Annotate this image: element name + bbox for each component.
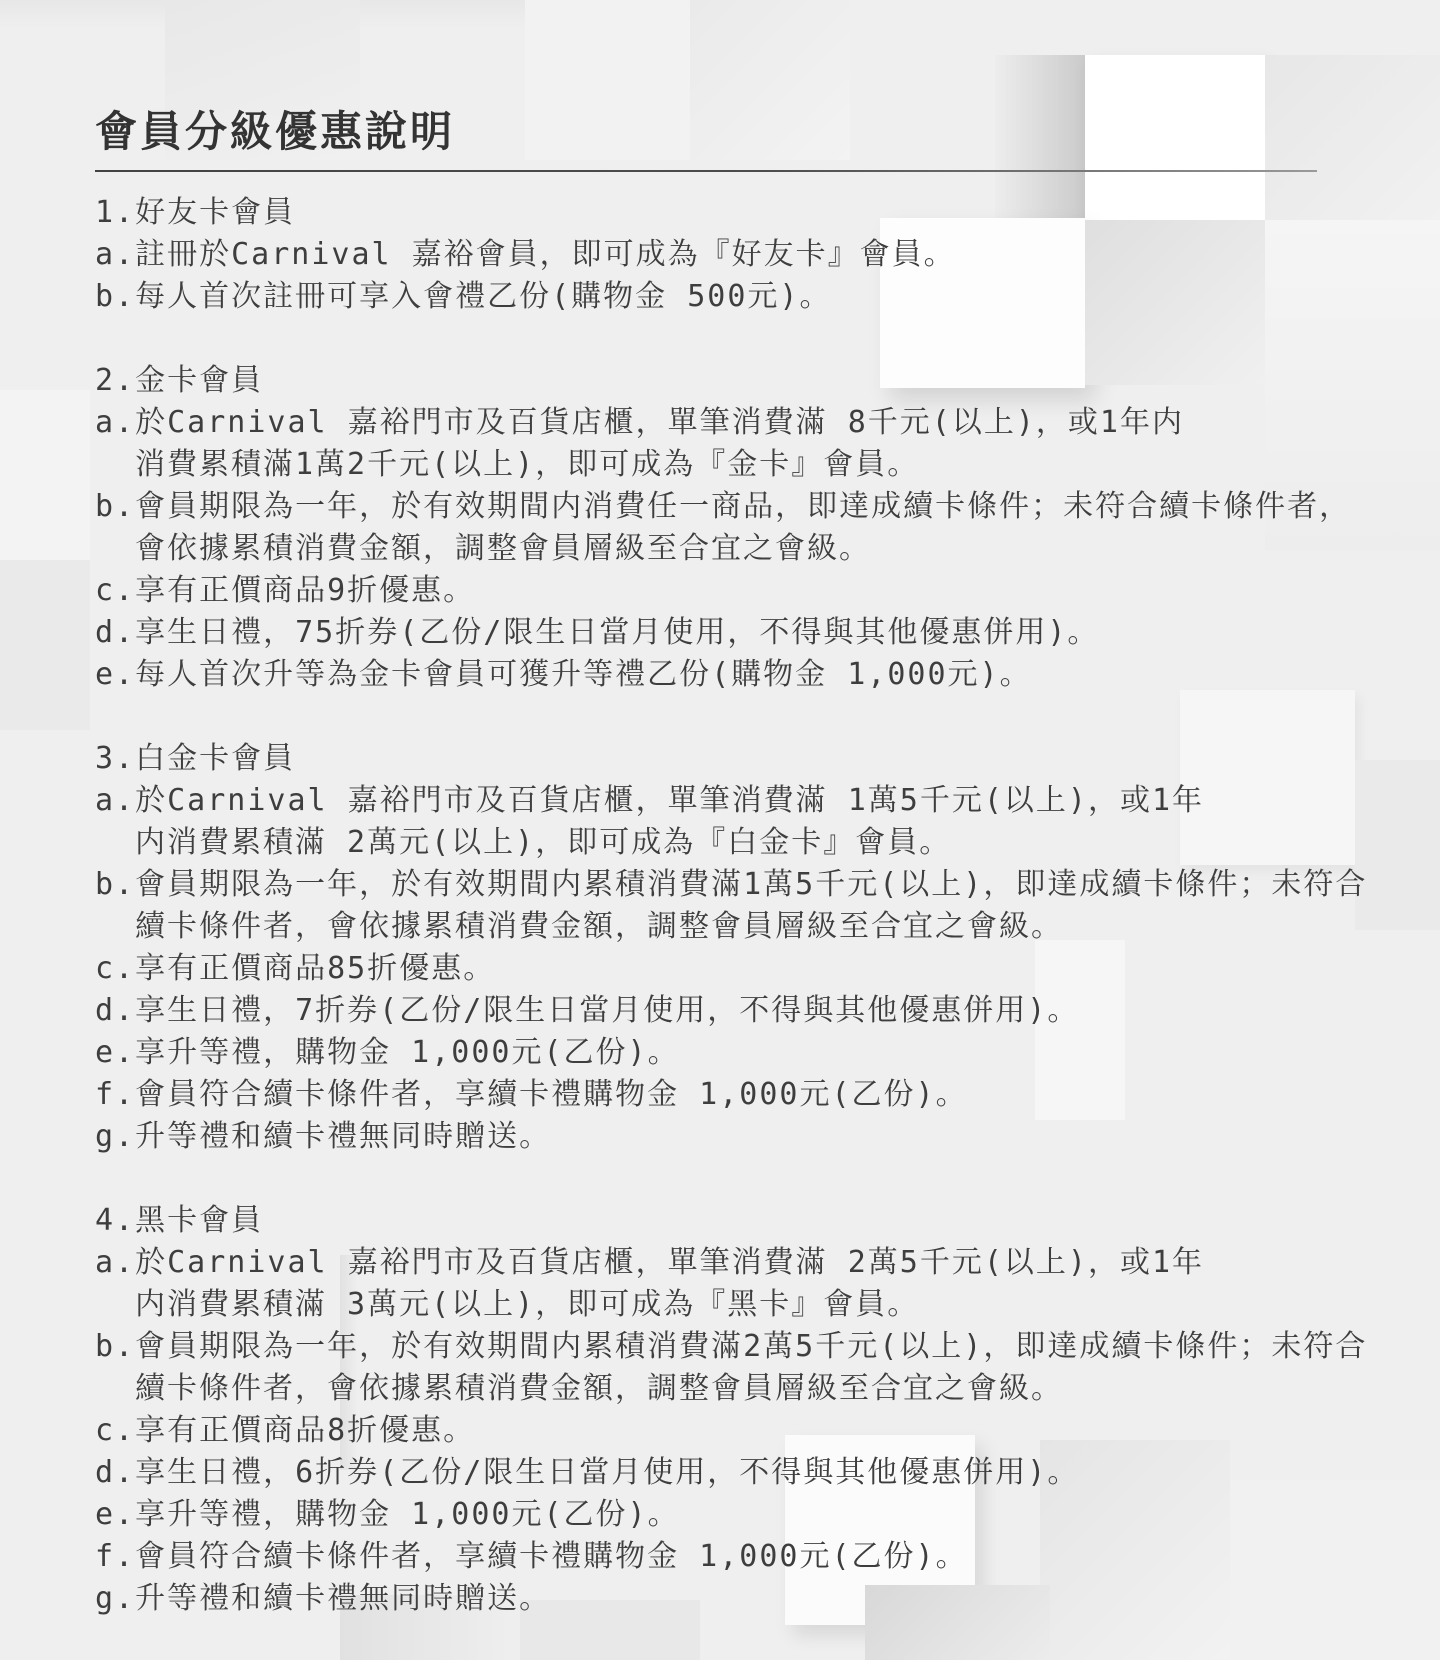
page-title: 會員分級優惠說明: [95, 108, 1385, 156]
background-tile: [0, 560, 90, 730]
section-black-card: 4.黑卡會員 a.於Carnival 嘉裕門市及百貨店櫃，單筆消費滿 2萬5千元…: [95, 1200, 1385, 1620]
benefit-line: f.會員符合續卡條件者，享續卡禮購物金 1,000元(乙份)。: [95, 1074, 1385, 1116]
benefit-line: d.享生日禮，75折券(乙份/限生日當月使用，不得與其他優惠併用)。: [95, 612, 1385, 654]
benefit-line-continued: 會依據累積消費金額，調整會員層級至合宜之會級。: [95, 528, 1385, 570]
section-friend-card: 1.好友卡會員 a.註冊於Carnival 嘉裕會員，即可成為『好友卡』會員。 …: [95, 192, 1385, 318]
benefit-line: a.註冊於Carnival 嘉裕會員，即可成為『好友卡』會員。: [95, 234, 1385, 276]
benefit-line: d.享生日禮，7折券(乙份/限生日當月使用，不得與其他優惠併用)。: [95, 990, 1385, 1032]
section-heading: 4.黑卡會員: [95, 1200, 1385, 1242]
document-body: 1.好友卡會員 a.註冊於Carnival 嘉裕會員，即可成為『好友卡』會員。 …: [95, 192, 1385, 1620]
benefit-line: b.每人首次註冊可享入會禮乙份(購物金 500元)。: [95, 276, 1385, 318]
background-tile: [0, 390, 90, 560]
benefit-line: b.會員期限為一年，於有效期間内消費任一商品，即達成續卡條件；未符合續卡條件者，: [95, 486, 1385, 528]
membership-benefits-document: 會員分級優惠說明 1.好友卡會員 a.註冊於Carnival 嘉裕會員，即可成為…: [95, 108, 1385, 1620]
benefit-line: d.享生日禮，6折券(乙份/限生日當月使用，不得與其他優惠併用)。: [95, 1452, 1385, 1494]
section-gold-card: 2.金卡會員 a.於Carnival 嘉裕門市及百貨店櫃，單筆消費滿 8千元(以…: [95, 360, 1385, 696]
benefit-line: a.於Carnival 嘉裕門市及百貨店櫃，單筆消費滿 1萬5千元(以上)，或1…: [95, 780, 1385, 822]
section-heading: 3.白金卡會員: [95, 738, 1385, 780]
benefit-line: f.會員符合續卡條件者，享續卡禮購物金 1,000元(乙份)。: [95, 1536, 1385, 1578]
benefit-line: c.享有正價商品85折優惠。: [95, 948, 1385, 990]
benefit-line-continued: 内消費累積滿 3萬元(以上)，即可成為『黑卡』會員。: [95, 1284, 1385, 1326]
benefit-line: e.享升等禮，購物金 1,000元(乙份)。: [95, 1032, 1385, 1074]
section-platinum-card: 3.白金卡會員 a.於Carnival 嘉裕門市及百貨店櫃，單筆消費滿 1萬5千…: [95, 738, 1385, 1158]
benefit-line-continued: 消費累積滿1萬2千元(以上)，即可成為『金卡』會員。: [95, 444, 1385, 486]
benefit-line: c.享有正價商品8折優惠。: [95, 1410, 1385, 1452]
benefit-line: e.享升等禮，購物金 1,000元(乙份)。: [95, 1494, 1385, 1536]
benefit-line: g.升等禮和續卡禮無同時贈送。: [95, 1578, 1385, 1620]
benefit-line: c.享有正價商品9折優惠。: [95, 570, 1385, 612]
benefit-line: a.於Carnival 嘉裕門市及百貨店櫃，單筆消費滿 8千元(以上)，或1年内: [95, 402, 1385, 444]
benefit-line: a.於Carnival 嘉裕門市及百貨店櫃，單筆消費滿 2萬5千元(以上)，或1…: [95, 1242, 1385, 1284]
benefit-line-continued: 續卡條件者，會依據累積消費金額，調整會員層級至合宜之會級。: [95, 906, 1385, 948]
benefit-line: g.升等禮和續卡禮無同時贈送。: [95, 1116, 1385, 1158]
benefit-line-continued: 内消費累積滿 2萬元(以上)，即可成為『白金卡』會員。: [95, 822, 1385, 864]
benefit-line: e.每人首次升等為金卡會員可獲升等禮乙份(購物金 1,000元)。: [95, 654, 1385, 696]
section-heading: 1.好友卡會員: [95, 192, 1385, 234]
title-divider: [95, 170, 1317, 172]
benefit-line-continued: 續卡條件者，會依據累積消費金額，調整會員層級至合宜之會級。: [95, 1368, 1385, 1410]
benefit-line: b.會員期限為一年，於有效期間内累積消費滿1萬5千元(以上)，即達成續卡條件；未…: [95, 864, 1385, 906]
benefit-line: b.會員期限為一年，於有效期間内累積消費滿2萬5千元(以上)，即達成續卡條件；未…: [95, 1326, 1385, 1368]
section-heading: 2.金卡會員: [95, 360, 1385, 402]
